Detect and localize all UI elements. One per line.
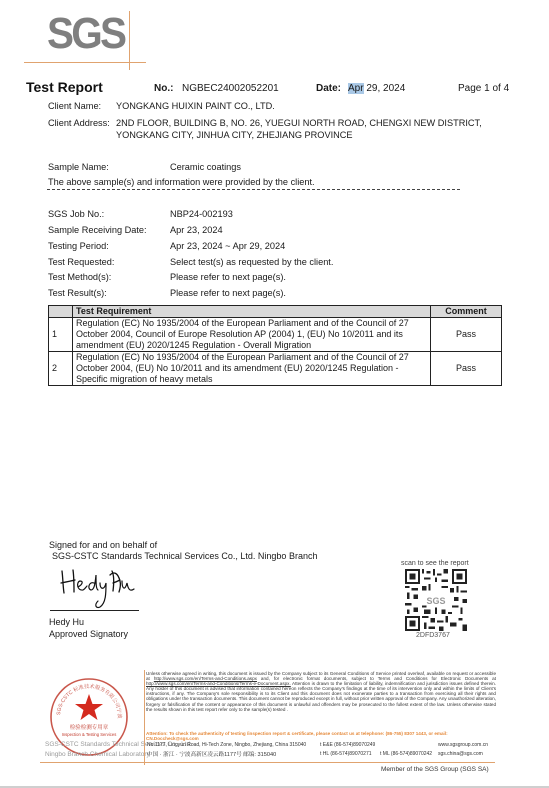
terms-and-conditions: Unless otherwise agreed in writing, this…	[146, 671, 496, 712]
date-rest: 29, 2024	[364, 83, 406, 94]
client-address-line2: YONGKANG CITY, JINHUA CITY, ZHEJIANG PRO…	[116, 130, 353, 140]
page-indicator: Page 1 of 4	[458, 83, 509, 94]
authenticity-notice: Attention: To check the authenticity of …	[146, 731, 496, 741]
header-comment: Comment	[431, 306, 502, 318]
test-requirements-table: Test Requirement Comment 1 Regulation (E…	[48, 305, 502, 386]
email-link[interactable]: sgs.china@sgs.com	[438, 751, 483, 757]
sample-name: Ceramic coatings	[170, 162, 241, 172]
row-requirement: Regulation (EC) No 1935/2004 of the Euro…	[73, 352, 431, 386]
qr-caption: scan to see the report	[401, 560, 469, 567]
dashed-divider	[47, 189, 460, 190]
report-date[interactable]: Apr 29, 2024	[348, 83, 405, 94]
table-row: 1 Regulation (EC) No 1935/2004 of the Eu…	[49, 318, 502, 352]
qr-code-number: 2DFD3767	[416, 632, 450, 639]
test-methods-label: Test Method(s):	[48, 272, 111, 282]
footer-horizontal-rule	[40, 762, 495, 763]
test-results: Please refer to next page(s).	[170, 288, 286, 298]
client-name: YONGKANG HUIXIN PAINT CO., LTD.	[116, 101, 275, 111]
stamp-caption-line2: Ningbo Branch Chemical Laboratory	[45, 751, 150, 758]
handwritten-signature: Hedy Hu	[58, 565, 138, 609]
job-no: NBP24-002193	[170, 209, 233, 219]
logo-vertical-rule	[129, 11, 130, 70]
phone-ee: t E&E (86-574)89070249	[320, 742, 375, 748]
logo-text: SGS	[47, 12, 124, 56]
website-link[interactable]: www.sgsgroup.com.cn	[438, 742, 488, 748]
footer-vertical-rule	[144, 670, 145, 765]
signing-company: SGS-CSTC Standards Technical Services Co…	[52, 551, 317, 561]
test-requested-label: Test Requested:	[48, 257, 114, 267]
row-requirement: Regulation (EC) No 1935/2004 of the Euro…	[73, 318, 431, 352]
svg-text:SGS: SGS	[427, 596, 446, 606]
client-name-label: Client Name:	[48, 101, 101, 111]
test-requested: Select test(s) as requested by the clien…	[170, 257, 333, 267]
table-row: 2 Regulation (EC) No 1935/2004 of the Eu…	[49, 352, 502, 386]
receiving-date-label: Sample Receiving Date:	[48, 225, 147, 235]
client-address-line1: 2ND FLOOR, BUILDING B, NO. 26, YUEGUI NO…	[116, 118, 482, 128]
report-date-label: Date:	[316, 83, 341, 94]
report-number-label: No.:	[154, 83, 173, 94]
qr-code-icon[interactable]: SGS	[404, 569, 468, 631]
row-no: 1	[49, 318, 73, 352]
row-comment: Pass	[431, 352, 502, 386]
row-comment: Pass	[431, 318, 502, 352]
header-requirement: Test Requirement	[73, 306, 431, 318]
test-results-label: Test Result(s):	[48, 288, 107, 298]
svg-text:Inspection & Testing Services: Inspection & Testing Services	[62, 732, 117, 737]
receiving-date: Apr 23, 2024	[170, 225, 223, 235]
job-no-label: SGS Job No.:	[48, 209, 104, 219]
date-selection-highlight[interactable]: Apr	[348, 83, 364, 94]
report-number: NGBEC24002052201	[182, 83, 279, 94]
signatory-title: Approved Signatory	[49, 629, 128, 639]
sgs-member-text: Member of the SGS Group (SGS SA)	[381, 766, 489, 773]
report-title: Test Report	[26, 79, 103, 95]
client-address-label: Client Address:	[48, 118, 110, 128]
table-header-row: Test Requirement Comment	[49, 306, 502, 318]
logo-horizontal-rule	[24, 62, 146, 63]
sample-note: The above sample(s) and information were…	[48, 177, 315, 187]
sample-name-label: Sample Name:	[48, 162, 109, 172]
signatory-name: Hedy Hu	[49, 617, 84, 627]
signature-line	[50, 610, 139, 611]
test-methods: Please refer to next page(s).	[170, 272, 286, 282]
testing-period-label: Testing Period:	[48, 241, 109, 251]
phone-hl: t HL (86-574)89070271	[320, 751, 372, 757]
testing-period: Apr 23, 2024 ~ Apr 29, 2024	[170, 241, 285, 251]
signed-for-text: Signed for and on behalf of	[49, 540, 157, 550]
header-no	[49, 306, 73, 318]
phone-ml: t ML (86-574)89070242	[380, 751, 432, 757]
address-english: No.1177, Lingyun Road, Hi-Tech Zone, Nin…	[147, 742, 306, 748]
row-no: 2	[49, 352, 73, 386]
address-chinese: 中国 · 浙江 · 宁波高新区凌云路1177号 邮编: 315040	[147, 750, 276, 758]
svg-text:检验检测专用章: 检验检测专用章	[70, 723, 109, 731]
sgs-logo: SGS	[21, 6, 146, 68]
